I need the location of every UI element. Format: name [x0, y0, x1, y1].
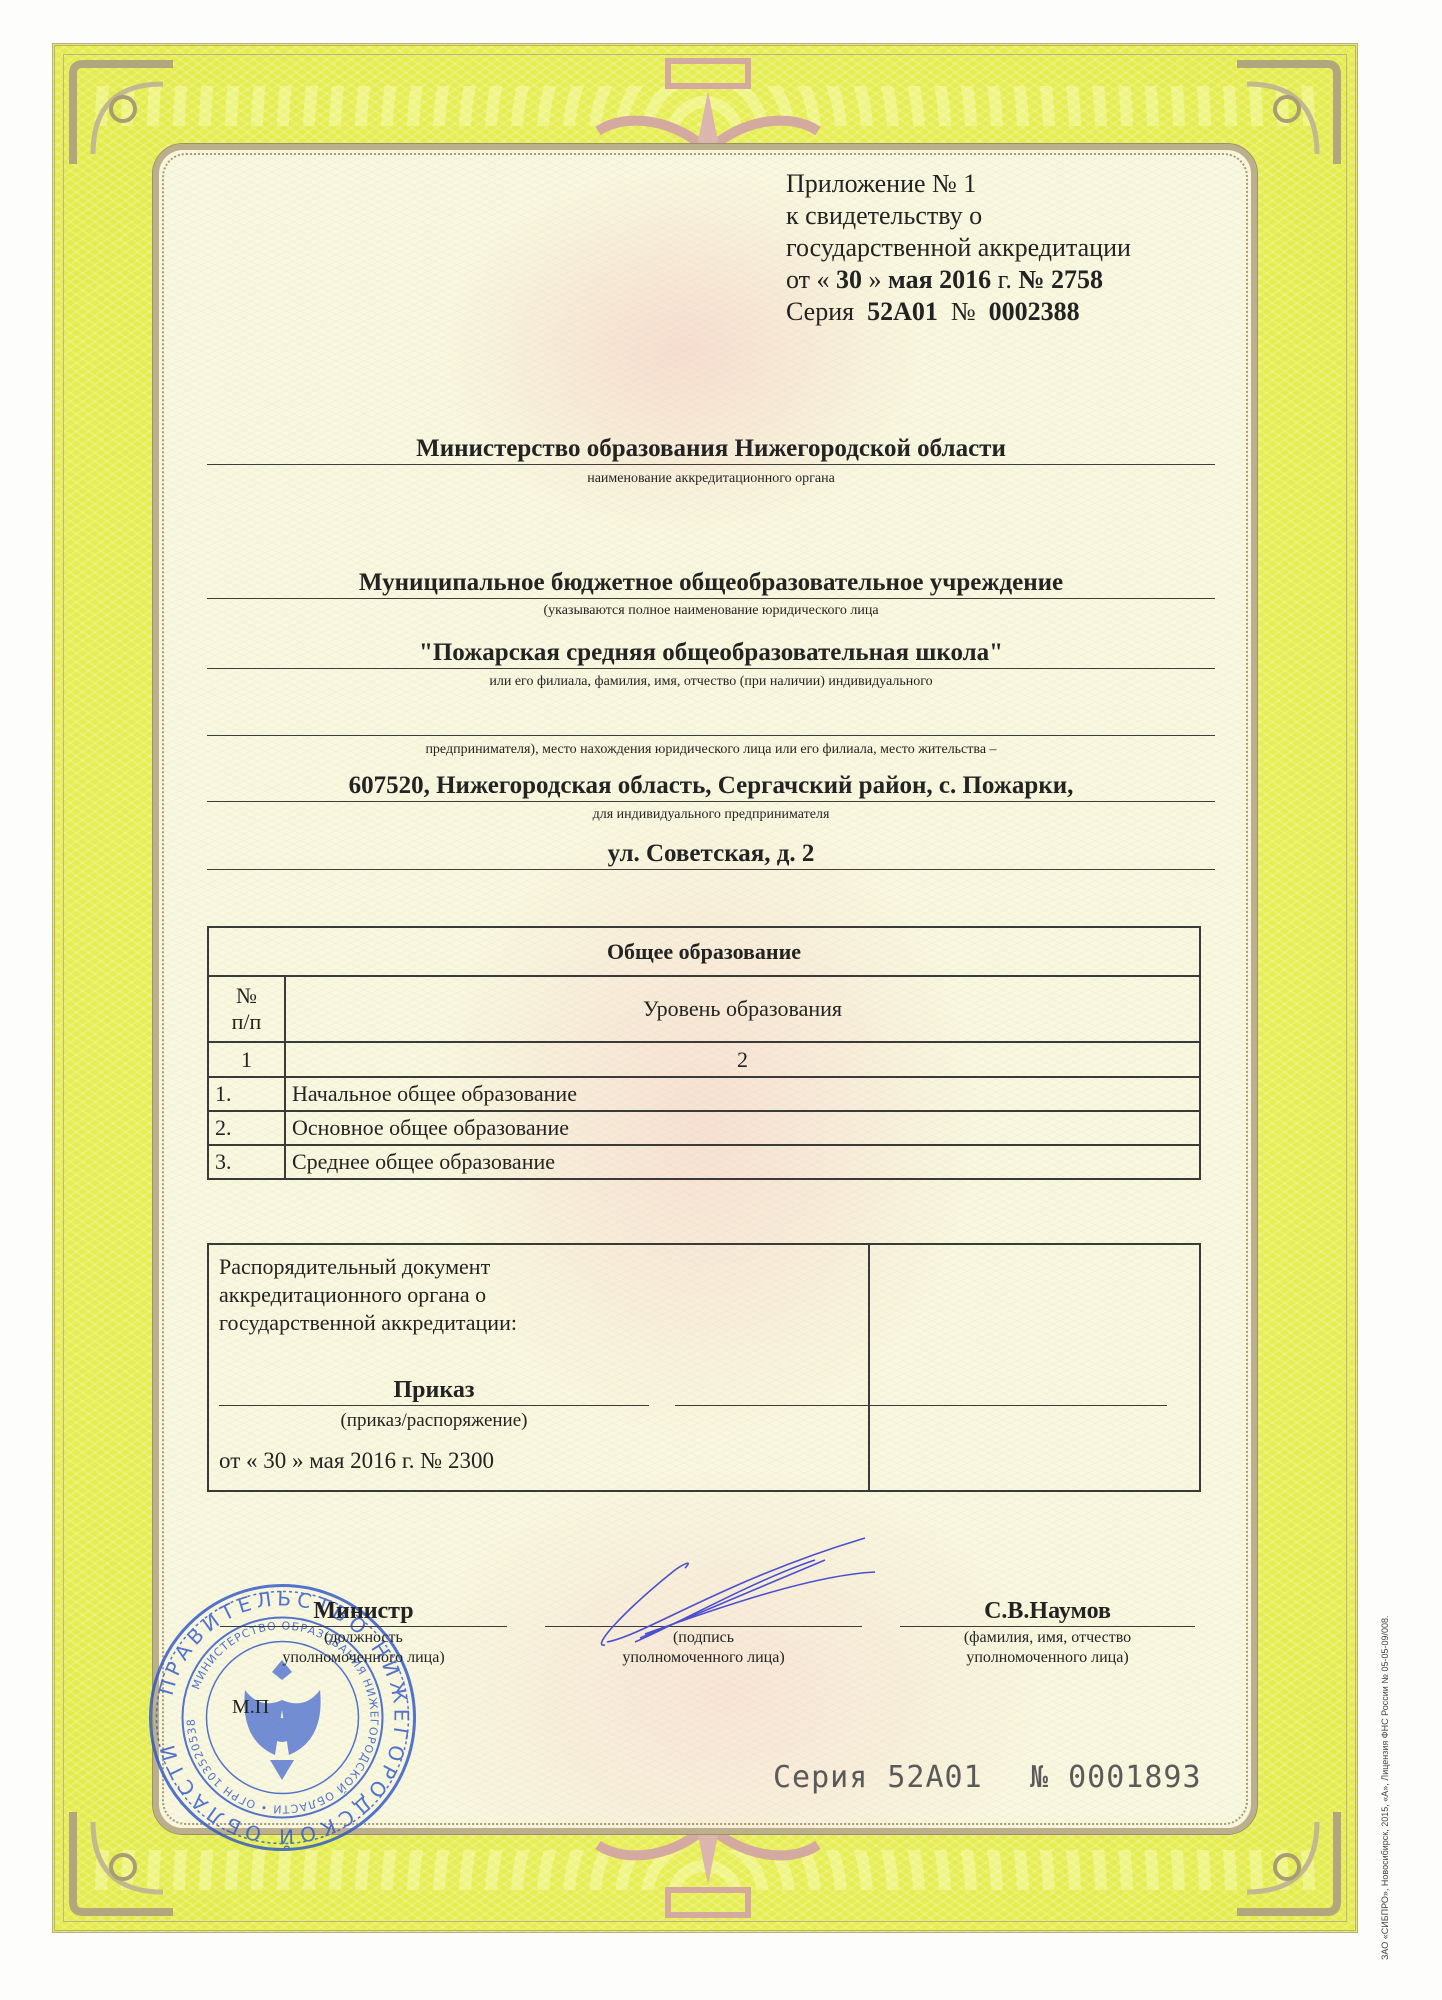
date-year-suffix: г.	[998, 265, 1012, 294]
order-doc-date: от « 30 » мая 2016 г. № 2300	[219, 1448, 494, 1474]
column-index-2: 2	[285, 1042, 1200, 1077]
top-wave-band	[85, 86, 1325, 126]
row-number: 3.	[208, 1145, 285, 1179]
column-index-1: 1	[208, 1042, 285, 1077]
order-label-line: Распорядительный документ	[219, 1253, 517, 1281]
column-header-number-l1: №	[215, 983, 278, 1009]
order-label-line: аккредитационного органа о	[219, 1281, 517, 1309]
series-value: 52А01	[867, 297, 938, 326]
signer-name-caption-line: уполномоченного лица)	[900, 1648, 1195, 1668]
order-document-box: Распорядительный документ аккредитационн…	[207, 1243, 1201, 1492]
education-levels-table: Общее образование № п/п Уровень образова…	[207, 926, 1201, 1180]
address-line-1: 607520, Нижегородская область, Сергачски…	[207, 771, 1215, 802]
annex-header: Приложение № 1 к свидетельству о государ…	[786, 168, 1131, 328]
annex-date-line: от « 30 » мая 2016 г. № 2758	[786, 264, 1131, 296]
annex-title: Приложение № 1	[786, 168, 1131, 200]
blank-line	[207, 705, 1215, 736]
row-level: Основное общее образование	[285, 1111, 1200, 1145]
date-quote: »	[869, 265, 882, 294]
organization-type: Муниципальное бюджетное общеобразователь…	[207, 568, 1215, 599]
row-level: Среднее общее образование	[285, 1145, 1200, 1179]
form-series: Серия 52А01	[773, 1760, 983, 1795]
table-title: Общее образование	[208, 927, 1200, 976]
order-label: Распорядительный документ аккредитационн…	[219, 1253, 517, 1337]
column-header-level: Уровень образования	[285, 976, 1200, 1042]
handwritten-signature-icon	[585, 1530, 905, 1650]
table-title-row: Общее образование	[208, 927, 1200, 976]
annex-series-line: Серия 52А01 № 0002388	[786, 296, 1131, 328]
series-number: 0002388	[989, 297, 1080, 326]
table-header-row: № п/п Уровень образования	[208, 976, 1200, 1042]
date-prefix: от «	[786, 265, 830, 294]
bottom-wave-band	[85, 1850, 1325, 1890]
position-caption-line: уполномоченного лица)	[220, 1648, 507, 1668]
date-day: 30	[836, 265, 862, 294]
order-blank-line	[675, 1405, 1167, 1406]
organization-name: "Пожарская средняя общеобразовательная ш…	[207, 638, 1215, 669]
series-label: Серия	[786, 297, 854, 326]
position-caption: (должность уполномоченного лица)	[220, 1628, 507, 1668]
date-month-year: мая 2016	[888, 265, 991, 294]
row-number: 1.	[208, 1077, 285, 1111]
series-number-sign: №	[951, 297, 976, 326]
organization-caption-2: или его филиала, фамилия, имя, отчество …	[207, 674, 1215, 690]
order-doc-type-caption: (приказ/распоряжение)	[219, 1410, 649, 1432]
form-number: № 0001893	[1030, 1760, 1202, 1795]
stamp-place-label: М.П	[232, 1696, 269, 1719]
authority-caption: наименование аккредитационного органа	[207, 471, 1215, 487]
organization-caption-3: предпринимателя), место нахождения юриди…	[207, 742, 1215, 758]
printer-imprint: ЗАО «СИБПРО», Новосибирск, 2015, «А», Ли…	[1380, 1560, 1394, 1960]
annex-subtitle-line: к свидетельству о	[786, 200, 1131, 232]
address-line-2: ул. Советская, д. 2	[207, 839, 1215, 870]
authority-name: Министерство образования Нижегородской о…	[207, 434, 1215, 465]
organization-caption-4: для индивидуального предпринимателя	[207, 807, 1215, 823]
signer-name-caption: (фамилия, имя, отчество уполномоченного …	[900, 1628, 1195, 1668]
table-row: 2. Основное общее образование	[208, 1111, 1200, 1145]
column-header-number-l2: п/п	[215, 1009, 278, 1035]
order-box-divider	[868, 1245, 870, 1490]
position-caption-line: (должность	[220, 1628, 507, 1648]
signature-caption-line: уполномоченного лица)	[545, 1648, 862, 1668]
column-header-number: № п/п	[208, 976, 285, 1042]
certificate-number: № 2758	[1018, 265, 1103, 294]
order-label-line: государственной аккредитации:	[219, 1309, 517, 1337]
position-title: Министр	[220, 1596, 507, 1627]
organization-caption-1: (указываются полное наименование юридиче…	[207, 603, 1215, 619]
signer-name-caption-line: (фамилия, имя, отчество	[900, 1628, 1195, 1648]
annex-subtitle-line: государственной аккредитации	[786, 232, 1131, 264]
order-doc-type: Приказ	[219, 1375, 649, 1406]
row-level: Начальное общее образование	[285, 1077, 1200, 1111]
row-number: 2.	[208, 1111, 285, 1145]
signer-name: С.В.Наумов	[900, 1596, 1195, 1627]
table-index-row: 1 2	[208, 1042, 1200, 1077]
table-row: 3. Среднее общее образование	[208, 1145, 1200, 1179]
table-row: 1. Начальное общее образование	[208, 1077, 1200, 1111]
